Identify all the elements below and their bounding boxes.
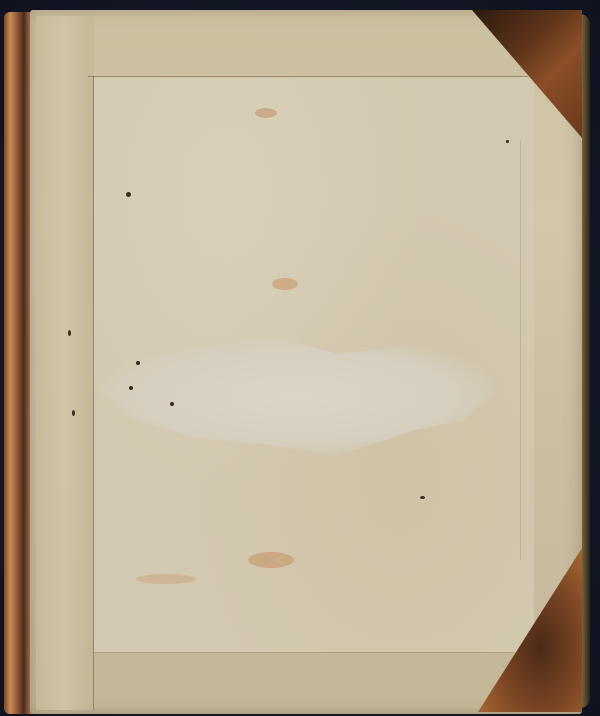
- spot: [420, 496, 425, 499]
- stain: [255, 108, 277, 118]
- ruled-line-left: [93, 76, 94, 710]
- spot: [170, 402, 174, 406]
- spot: [129, 386, 133, 390]
- ruled-line-bottom: [94, 652, 514, 653]
- cover-turn-in-left: [36, 16, 94, 710]
- spot: [126, 192, 131, 197]
- ruled-line-right: [520, 140, 521, 560]
- cover-turn-in-bottom: [94, 652, 514, 708]
- ruled-line-top: [88, 76, 528, 77]
- spot: [136, 361, 140, 365]
- stain: [136, 574, 196, 584]
- spot: [506, 140, 509, 143]
- stain: [272, 278, 298, 290]
- stain: [248, 552, 294, 568]
- spot: [72, 410, 75, 416]
- spot: [68, 330, 71, 336]
